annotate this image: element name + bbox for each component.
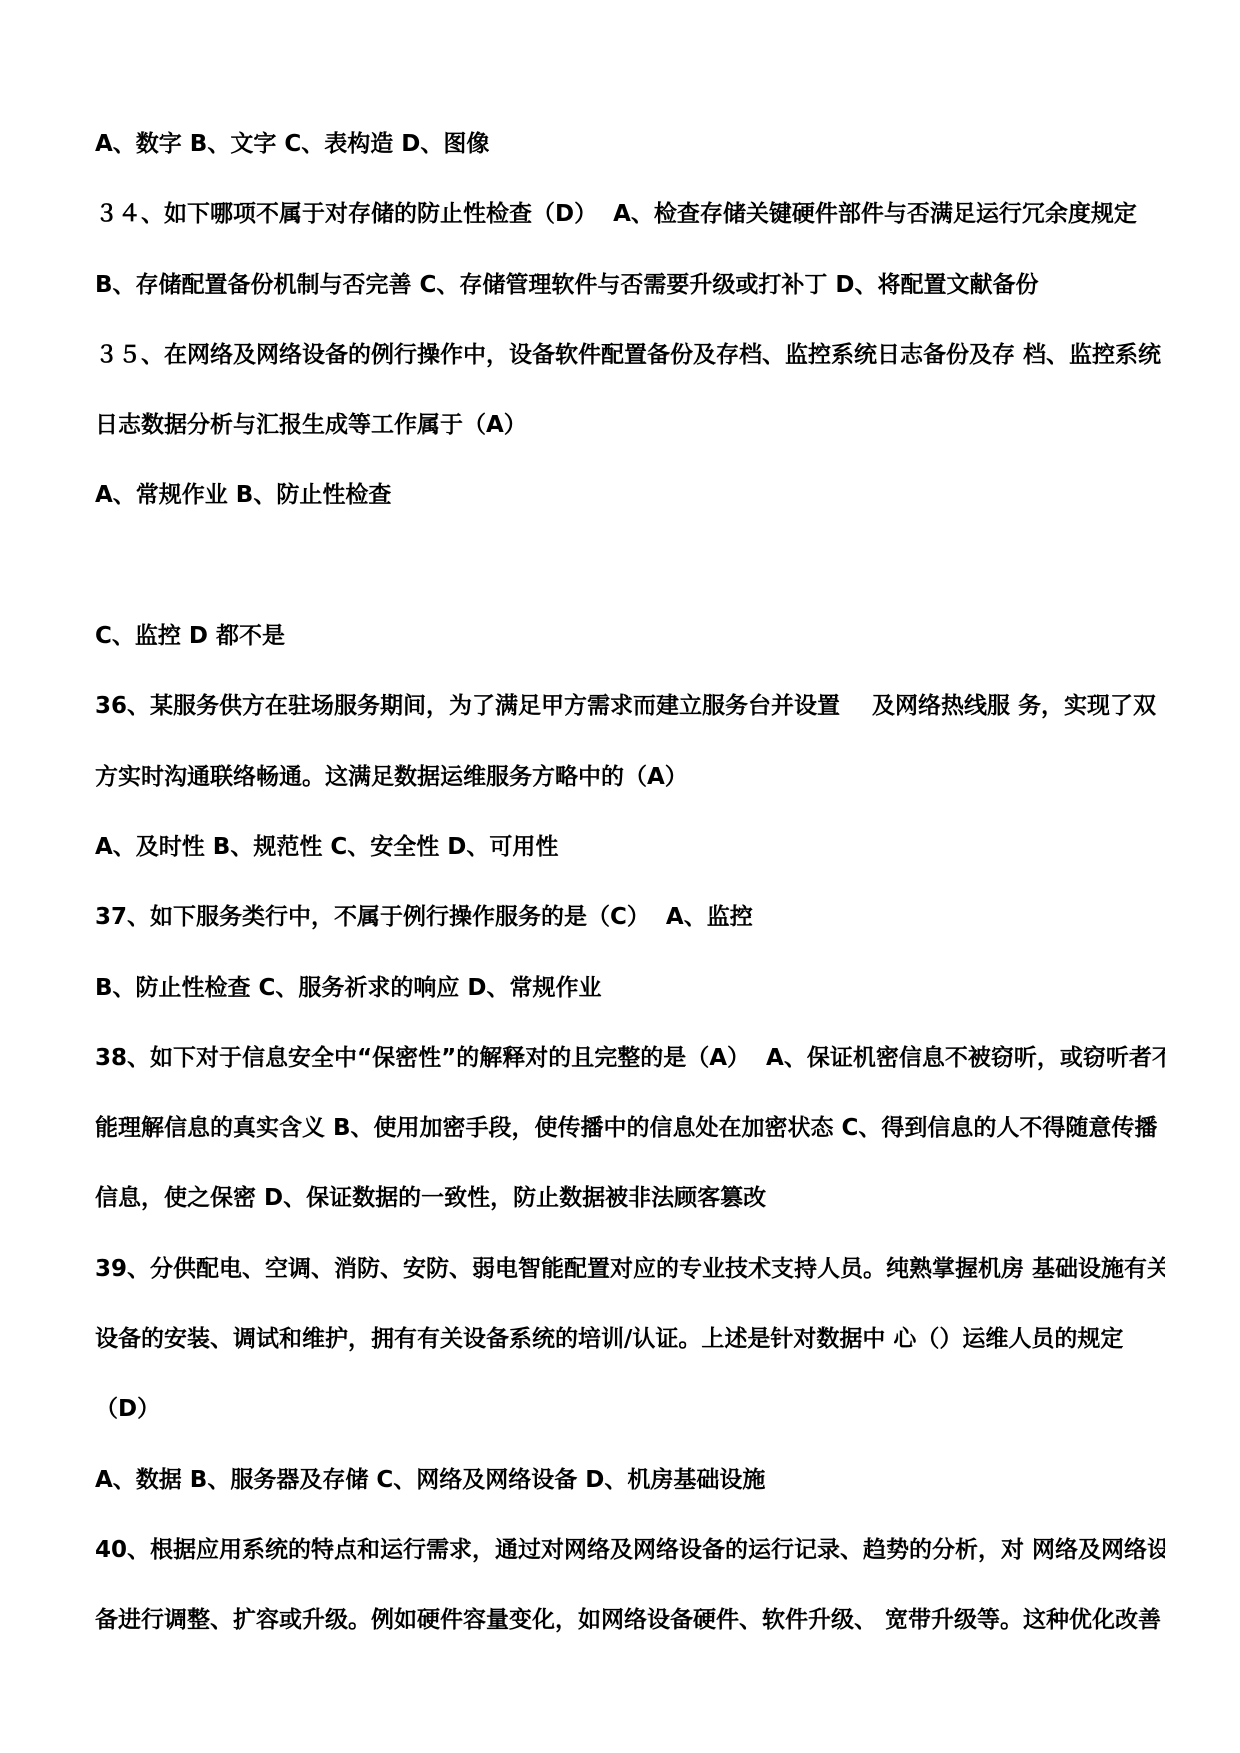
text-line: 设备的安装、调试和维护，拥有有关设备系统的培训/认证。上述是针对数据中 心（）运… bbox=[95, 1304, 1165, 1374]
text-line: B、防止性检查 C、服务祈求的响应 D、常规作业 bbox=[95, 953, 1165, 1023]
question-text-block: A、数字 B、文字 C、表构造 D、图像 ３４、如下哪项不属于对存储的防止性检查… bbox=[95, 109, 1165, 1656]
text-line: 日志数据分析与汇报生成等工作属于（A） bbox=[95, 390, 1165, 460]
text-line: 40、根据应用系统的特点和运行需求，通过对网络及网络设备的运行记录、趋势的分析，… bbox=[95, 1515, 1165, 1585]
text-line: 38、如下对于信息安全中“保密性”的解释对的且完整的是（A） A、保证机密信息不… bbox=[95, 1023, 1165, 1093]
text-line: A、数字 B、文字 C、表构造 D、图像 bbox=[95, 109, 1165, 179]
text-line: 36、某服务供方在驻场服务期间，为了满足甲方需求而建立服务台并设置 及网络热线服… bbox=[95, 671, 1165, 741]
text-line: ３５、在网络及网络设备的例行操作中，设备软件配置备份及存档、监控系统日志备份及存… bbox=[95, 320, 1165, 390]
text-line: 信息，使之保密 D、保证数据的一致性，防止数据被非法顾客篡改 bbox=[95, 1163, 1165, 1233]
text-line: 37、如下服务类行中，不属于例行操作服务的是（C） A、监控 bbox=[95, 882, 1165, 952]
text-line: A、及时性 B、规范性 C、安全性 D、可用性 bbox=[95, 812, 1165, 882]
text-line: A、常规作业 B、防止性检查 bbox=[95, 460, 1165, 530]
text-line: 能理解信息的真实含义 B、使用加密手段，使传播中的信息处在加密状态 C、得到信息… bbox=[95, 1093, 1165, 1163]
document-page: A、数字 B、文字 C、表构造 D、图像 ３４、如下哪项不属于对存储的防止性检查… bbox=[0, 0, 1240, 1753]
text-line: 方实时沟通联络畅通。这满足数据运维服务方略中的（A） bbox=[95, 742, 1165, 812]
blank-line bbox=[95, 531, 1165, 601]
text-line: C、监控 D 都不是 bbox=[95, 601, 1165, 671]
text-line: 39、分供配电、空调、消防、安防、弱电智能配置对应的专业技术支持人员。纯熟掌握机… bbox=[95, 1234, 1165, 1304]
text-line: （D） bbox=[95, 1374, 1165, 1444]
text-line: A、数据 B、服务器及存储 C、网络及网络设备 D、机房基础设施 bbox=[95, 1445, 1165, 1515]
text-line: 备进行调整、扩容或升级。例如硬件容量变化，如网络设备硬件、软件升级、 宽带升级等… bbox=[95, 1585, 1165, 1655]
text-line: ３４、如下哪项不属于对存储的防止性检查（D） A、检查存储关键硬件部件与否满足运… bbox=[95, 179, 1165, 249]
text-line: B、存储配置备份机制与否完善 C、存储管理软件与否需要升级或打补丁 D、将配置文… bbox=[95, 250, 1165, 320]
